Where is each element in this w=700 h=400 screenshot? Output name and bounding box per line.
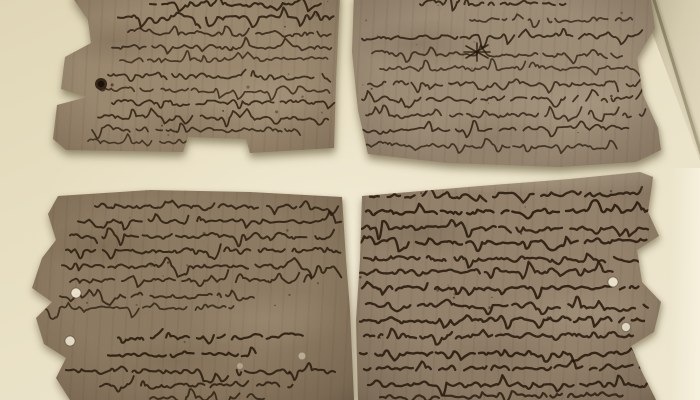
ink-lines <box>88 0 334 146</box>
tie-hole <box>71 288 81 298</box>
tie-hole <box>98 81 104 87</box>
tie-hole <box>65 336 75 346</box>
tablet-bottom-left-wood-surface <box>28 186 358 400</box>
tablet-top-left-wood-surface <box>50 0 345 159</box>
tie-holes <box>95 78 107 90</box>
tie-hole <box>237 363 243 369</box>
mount-highlight-strip <box>670 168 700 400</box>
museum-photo-of-roman-writing-tablets <box>0 0 700 400</box>
tie-holes <box>65 288 306 369</box>
tie-hole <box>622 323 631 332</box>
tablet-top-left <box>50 0 345 159</box>
handwriting-layer <box>50 0 345 159</box>
tablet-bottom-right <box>352 168 670 400</box>
tablet-bottom-right-wood-surface <box>352 168 670 400</box>
tie-hole <box>608 277 618 287</box>
tablet-top-right <box>348 0 670 170</box>
tablet-bottom-left <box>28 186 358 400</box>
handwriting-layer <box>352 168 670 400</box>
ink-lines <box>359 187 654 400</box>
ink-lines <box>46 201 341 400</box>
handwriting-layer <box>28 186 358 400</box>
handwriting-layer <box>348 0 670 170</box>
tie-hole <box>299 353 306 360</box>
ink-lines <box>360 0 649 153</box>
tablet-top-right-wood-surface <box>348 0 670 170</box>
